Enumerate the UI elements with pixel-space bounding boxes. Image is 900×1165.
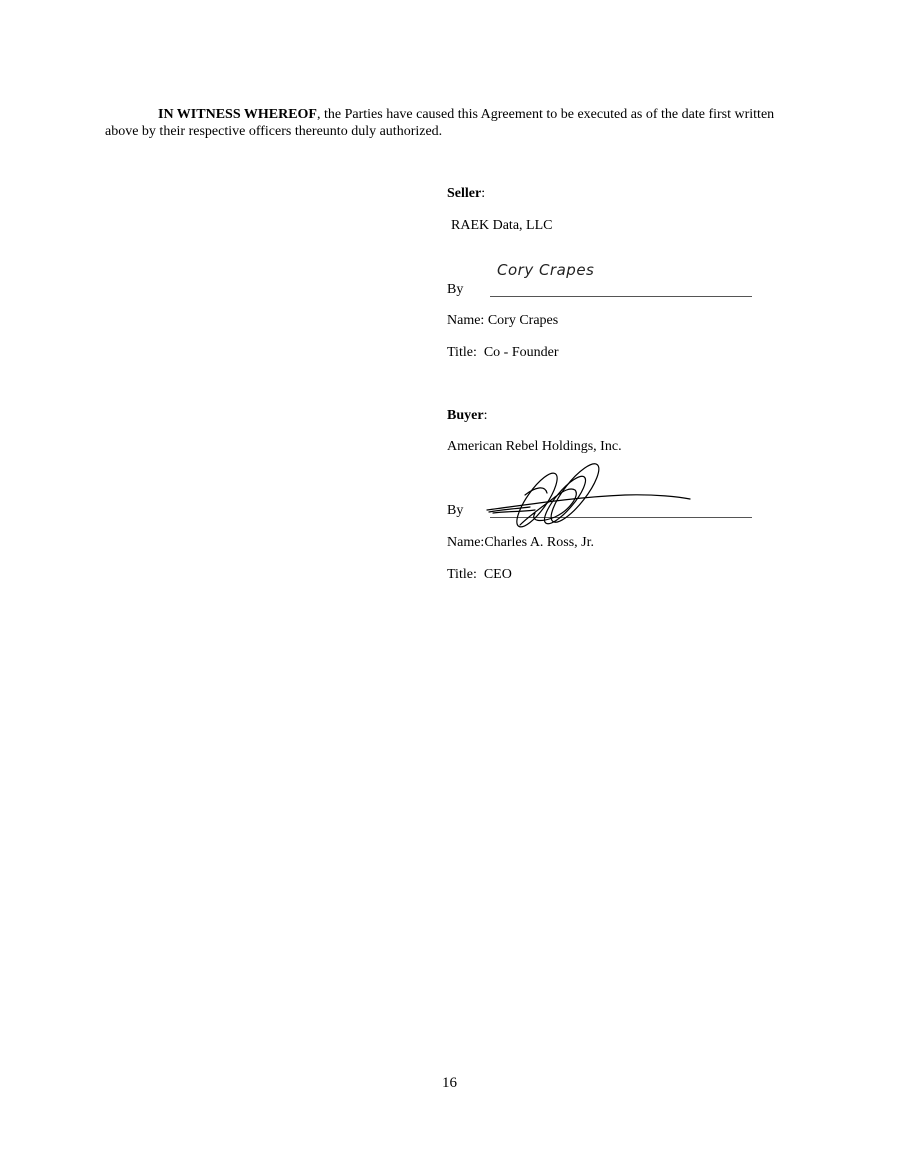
witness-paragraph: IN WITNESS WHEREOF, the Parties have cau… <box>105 106 805 140</box>
buyer-name: Name:Charles A. Ross, Jr. <box>447 535 594 551</box>
seller-by-label: By <box>447 282 463 298</box>
buyer-company: American Rebel Holdings, Inc. <box>447 439 622 455</box>
seller-signature: Cory Crapes <box>497 261 594 279</box>
page-number: 16 <box>442 1075 457 1092</box>
buyer-signature-scribble <box>485 455 695 535</box>
seller-name: Name: Cory Crapes <box>447 313 558 329</box>
buyer-title: Title: CEO <box>447 567 512 583</box>
buyer-heading: Buyer: <box>447 408 487 424</box>
seller-title: Title: Co - Founder <box>447 345 559 361</box>
seller-company: RAEK Data, LLC <box>451 218 552 234</box>
seller-heading: Seller: <box>447 186 485 202</box>
witness-lead: IN WITNESS WHEREOF <box>158 107 317 122</box>
buyer-by-label: By <box>447 503 463 519</box>
seller-signature-line <box>490 296 752 297</box>
